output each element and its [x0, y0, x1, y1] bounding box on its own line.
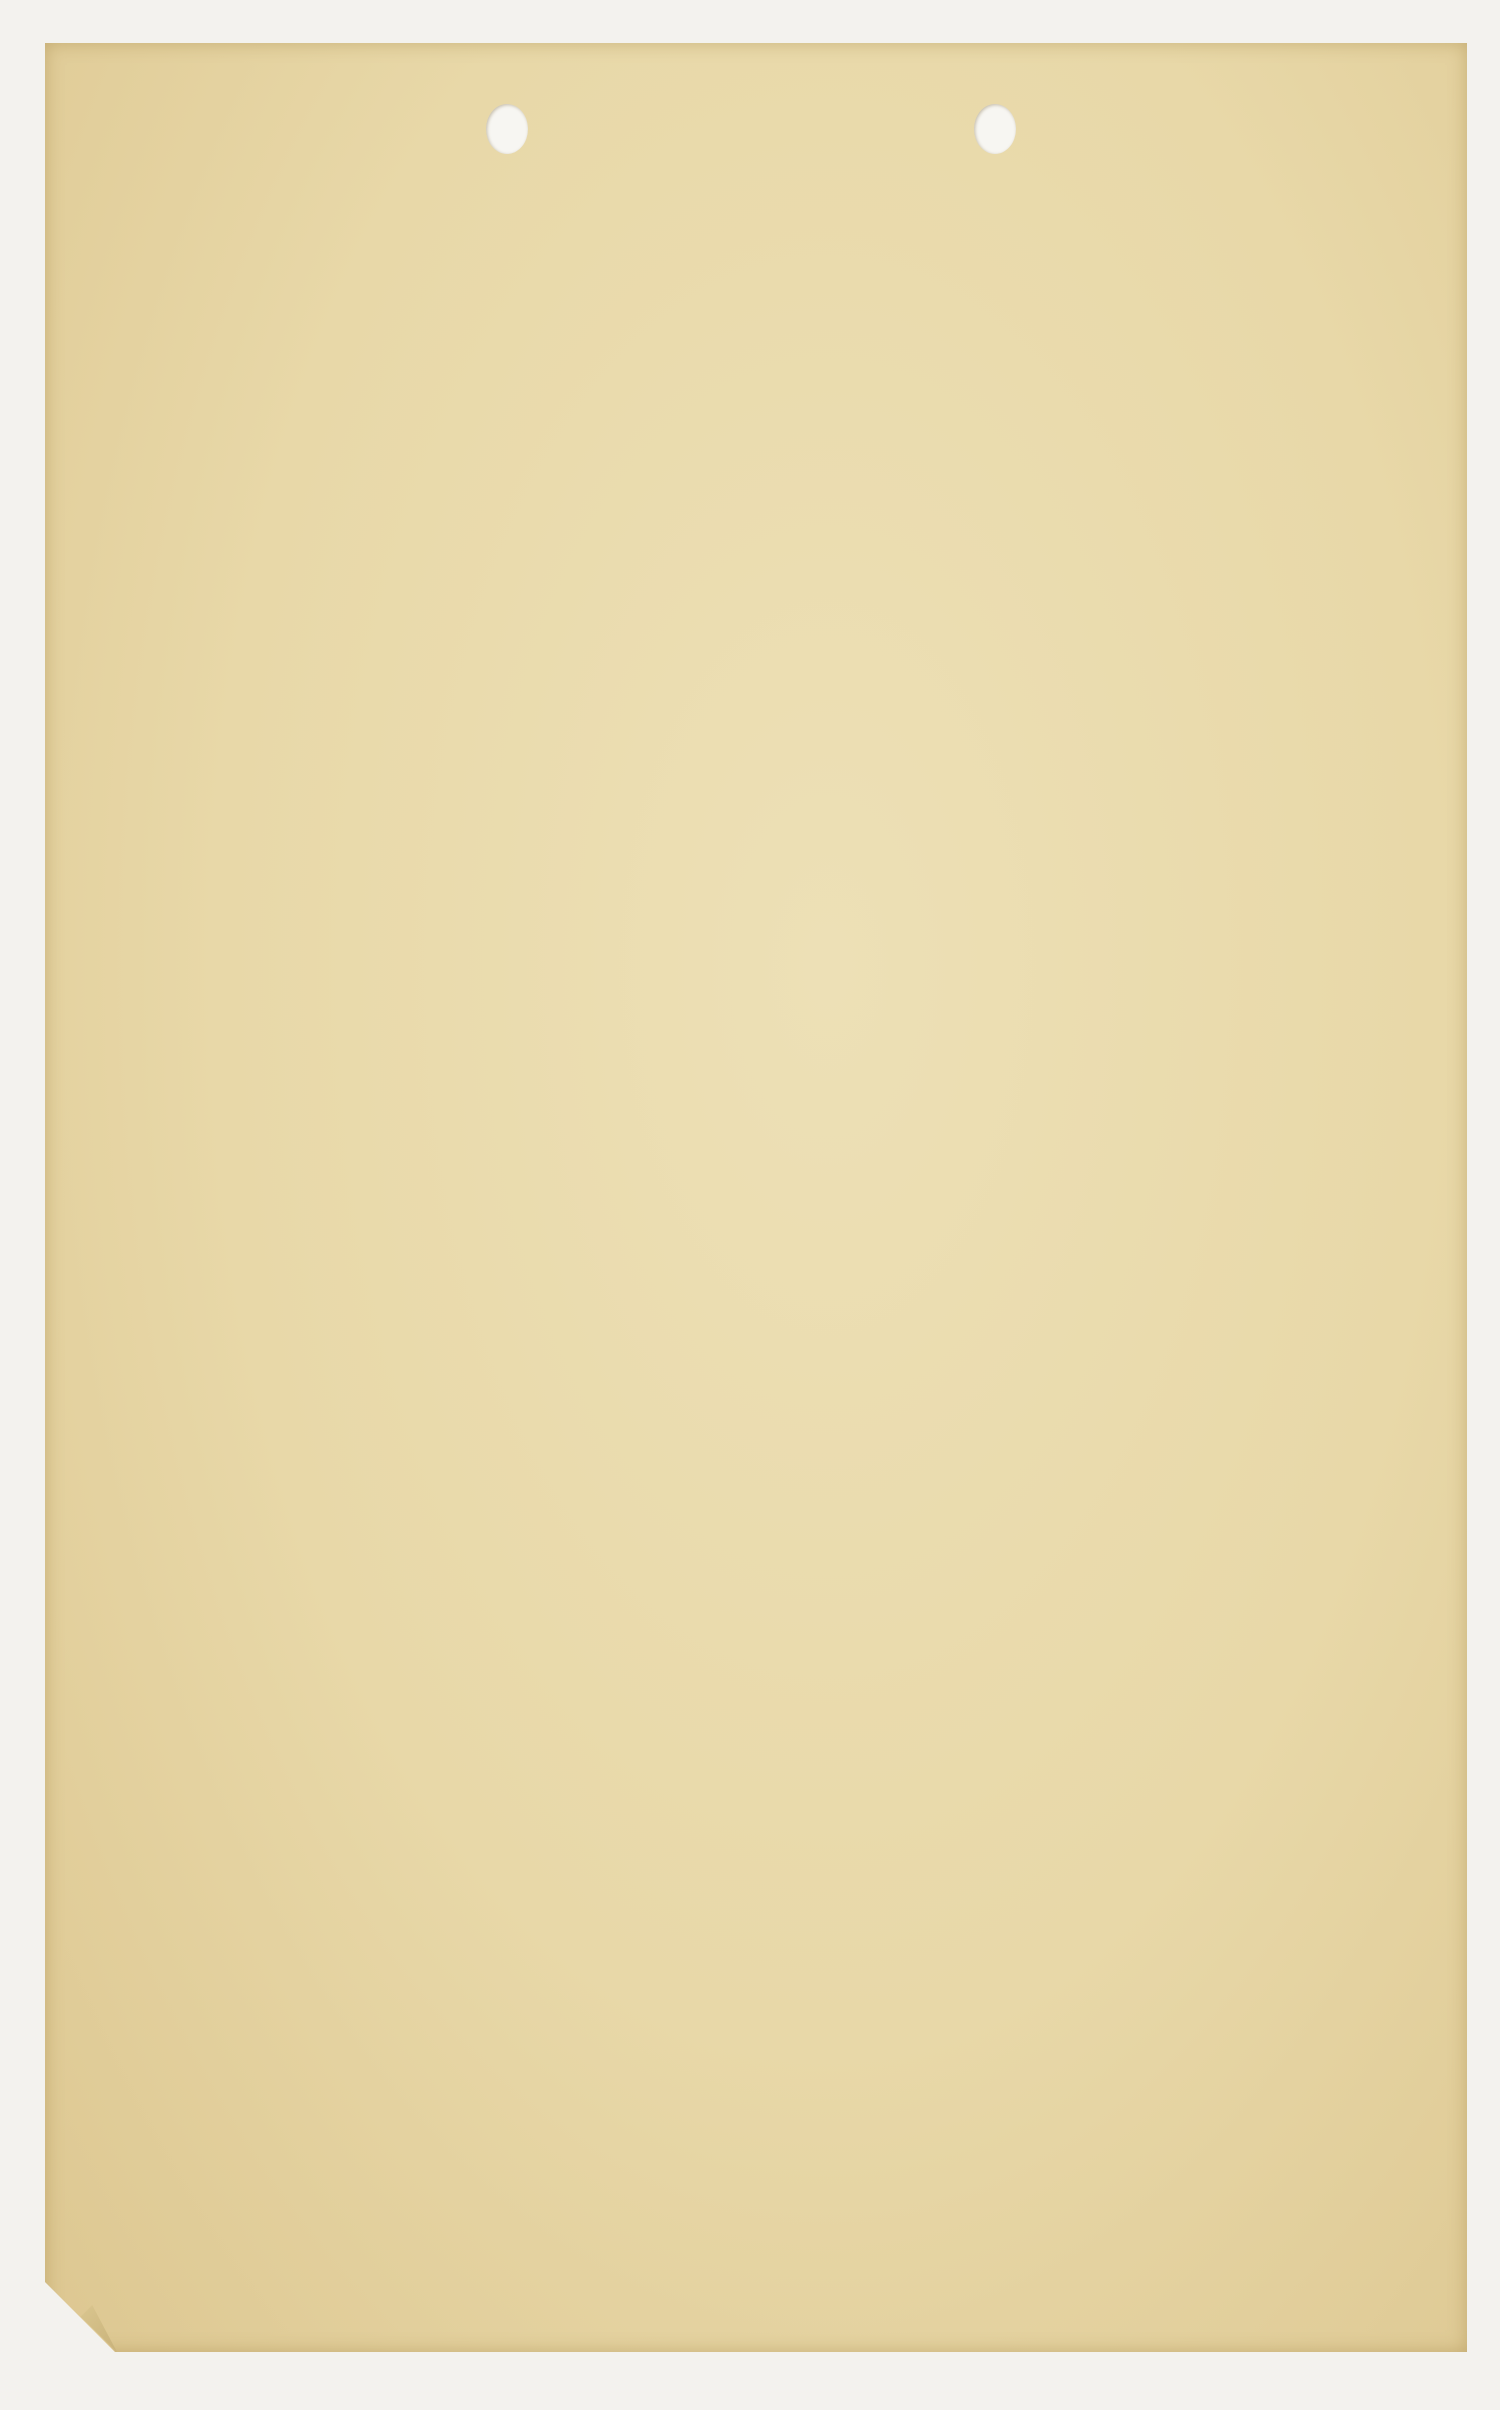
- punch-hole-right: [974, 104, 1016, 154]
- punch-hole-left: [486, 104, 528, 154]
- typed-page: [45, 43, 1467, 2352]
